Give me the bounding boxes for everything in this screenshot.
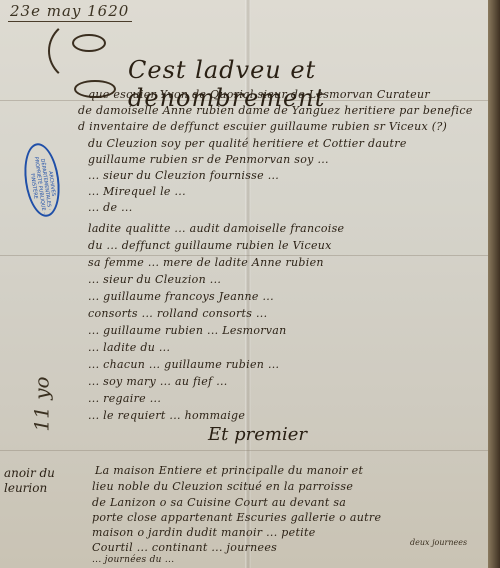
section-line: maison o jardin dudit manoir ... petite <box>92 526 316 539</box>
body-line: consorts ... rolland consorts ... <box>88 307 267 320</box>
crease-line <box>0 450 492 451</box>
section-heading: Et premier <box>208 424 307 445</box>
body-line: que escuier Yvon de Quorial sieur de Les… <box>88 88 430 101</box>
body-line: ... sieur du Cleuzion fournisse ... <box>88 169 279 182</box>
background-edge <box>488 0 500 568</box>
body-line: ... ladite du ... <box>88 341 170 354</box>
section-line: La maison Entiere et principalle du mano… <box>95 464 363 477</box>
body-line: ... regaire ... <box>88 392 161 405</box>
section-line: de Lanizon o sa Cuisine Court au devant … <box>92 496 346 509</box>
stamp-text: ARCHIVES DÉPARTEMENTALES · PROPRIÉTÉ PUB… <box>26 151 59 220</box>
section-line: ... journées du ... <box>92 555 174 565</box>
body-line: ... soy mary ... au fief ... <box>88 375 228 388</box>
body-line: de damoiselle Anne rubien dame de Yangue… <box>78 104 473 117</box>
margin-label: leurion <box>4 481 47 495</box>
section-line: lieu noble du Cleuzion scitué en la parr… <box>92 480 353 493</box>
body-line: sa femme ... mere de ladite Anne rubien <box>88 256 324 269</box>
document-date: 23e may 1620 <box>10 2 129 20</box>
body-line: ... chacun ... guillaume rubien ... <box>88 358 279 371</box>
body-line: ladite qualitte ... audit damoiselle fra… <box>88 222 344 235</box>
body-line: ... guillaume francoys Jeanne ... <box>88 290 274 303</box>
body-line: ... de ... <box>88 201 133 214</box>
body-line: ... guillaume rubien ... Lesmorvan <box>88 324 287 337</box>
margin-label: anoir du <box>4 466 55 480</box>
flourish-decoration <box>72 34 106 52</box>
body-line: guillaume rubien sr de Penmorvan soy ... <box>88 153 329 166</box>
manuscript-page: 23e may 1620 Cest ladveu et denombrement… <box>0 0 492 568</box>
side-note: deux journees <box>410 538 467 547</box>
body-line: ... Mirequel le ... <box>88 185 186 198</box>
body-line: ... sieur du Cleuzion ... <box>88 273 221 286</box>
archive-stamp: ARCHIVES DÉPARTEMENTALES · PROPRIÉTÉ PUB… <box>20 141 64 219</box>
body-line: ... le requiert ... hommaige <box>88 409 245 422</box>
section-line: Courtil ... continant ... journees <box>92 541 277 554</box>
section-line: porte close appartenant Escuries galleri… <box>92 511 381 524</box>
body-line: du Cleuzion soy per qualité heritiere et… <box>88 137 407 150</box>
body-line: d inventaire de deffunct escuier guillau… <box>78 120 447 133</box>
body-line: du ... deffunct guillaume rubien le Vice… <box>88 239 332 252</box>
margin-number: 11 yo <box>30 376 54 431</box>
